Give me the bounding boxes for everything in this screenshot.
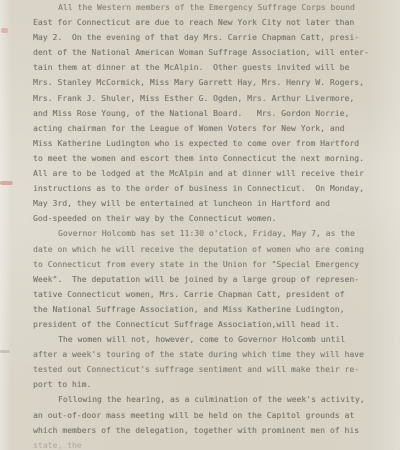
text-line: president of the Connecticut Suffrage As… (33, 317, 388, 332)
text-line: Governor Holcomb has set 11:30 o'clock, … (33, 226, 388, 241)
text-line: an out-of-door mass meeting will be held… (33, 408, 388, 423)
text-line: Mrs. Stanley McCormick, Miss Mary Garret… (33, 75, 388, 90)
text-line: May 3rd, they will be entertained at lun… (33, 196, 388, 211)
text-line: All are to be lodged at the McAlpin and … (33, 166, 388, 181)
text-line: instructions as to the order of business… (33, 181, 388, 196)
text-line: date on which he will receive the deputa… (33, 242, 388, 257)
text-line: God-speeded on their way by the Connecti… (33, 211, 388, 226)
text-line: The women will not, however, come to Gov… (33, 332, 388, 347)
text-line: which members of the delegation, togethe… (33, 423, 388, 438)
gray-dash-left (0, 350, 10, 353)
text-line: Week". The deputation will be joined by … (33, 272, 388, 287)
text-line: port to him. (33, 377, 388, 392)
text-line: Mrs. Frank J. Shuler, Miss Esther G. Ogd… (33, 91, 388, 106)
text-line: to meet the women and escort them into C… (33, 151, 388, 166)
text-line: May 2. On the evening of that day Mrs. C… (33, 30, 388, 45)
text-line: state, the (33, 438, 388, 450)
text-line: All the Western members of the Emergency… (33, 0, 388, 15)
text-line: tain them at dinner at the McAlpin. Othe… (33, 60, 388, 75)
document-text: All the Western members of the Emergency… (33, 0, 388, 450)
text-line: and Miss Rose Young, of the National Boa… (33, 106, 388, 121)
text-line: tative Connecticut women, Mrs. Carrie Ch… (33, 287, 388, 302)
pink-streak-left (0, 181, 13, 185)
text-line: to Connecticut from every state in the U… (33, 257, 388, 272)
text-line: after a week's touring of the state duri… (33, 347, 388, 362)
text-line: acting chairman for the League of Women … (33, 121, 388, 136)
text-line: tested out Connecticut's suffrage sentim… (33, 362, 388, 377)
text-line: dent of the National American Woman Suff… (33, 45, 388, 60)
text-line: East for Connecticut are due to reach Ne… (33, 15, 388, 30)
text-line: Miss Katherine Ludington who is expected… (33, 136, 388, 151)
text-line: Following the hearing, as a culmination … (33, 392, 388, 407)
typewritten-page: All the Western members of the Emergency… (0, 0, 400, 450)
pink-smudge-top-left (1, 28, 8, 33)
text-line: the National Suffrage Association, and M… (33, 302, 388, 317)
